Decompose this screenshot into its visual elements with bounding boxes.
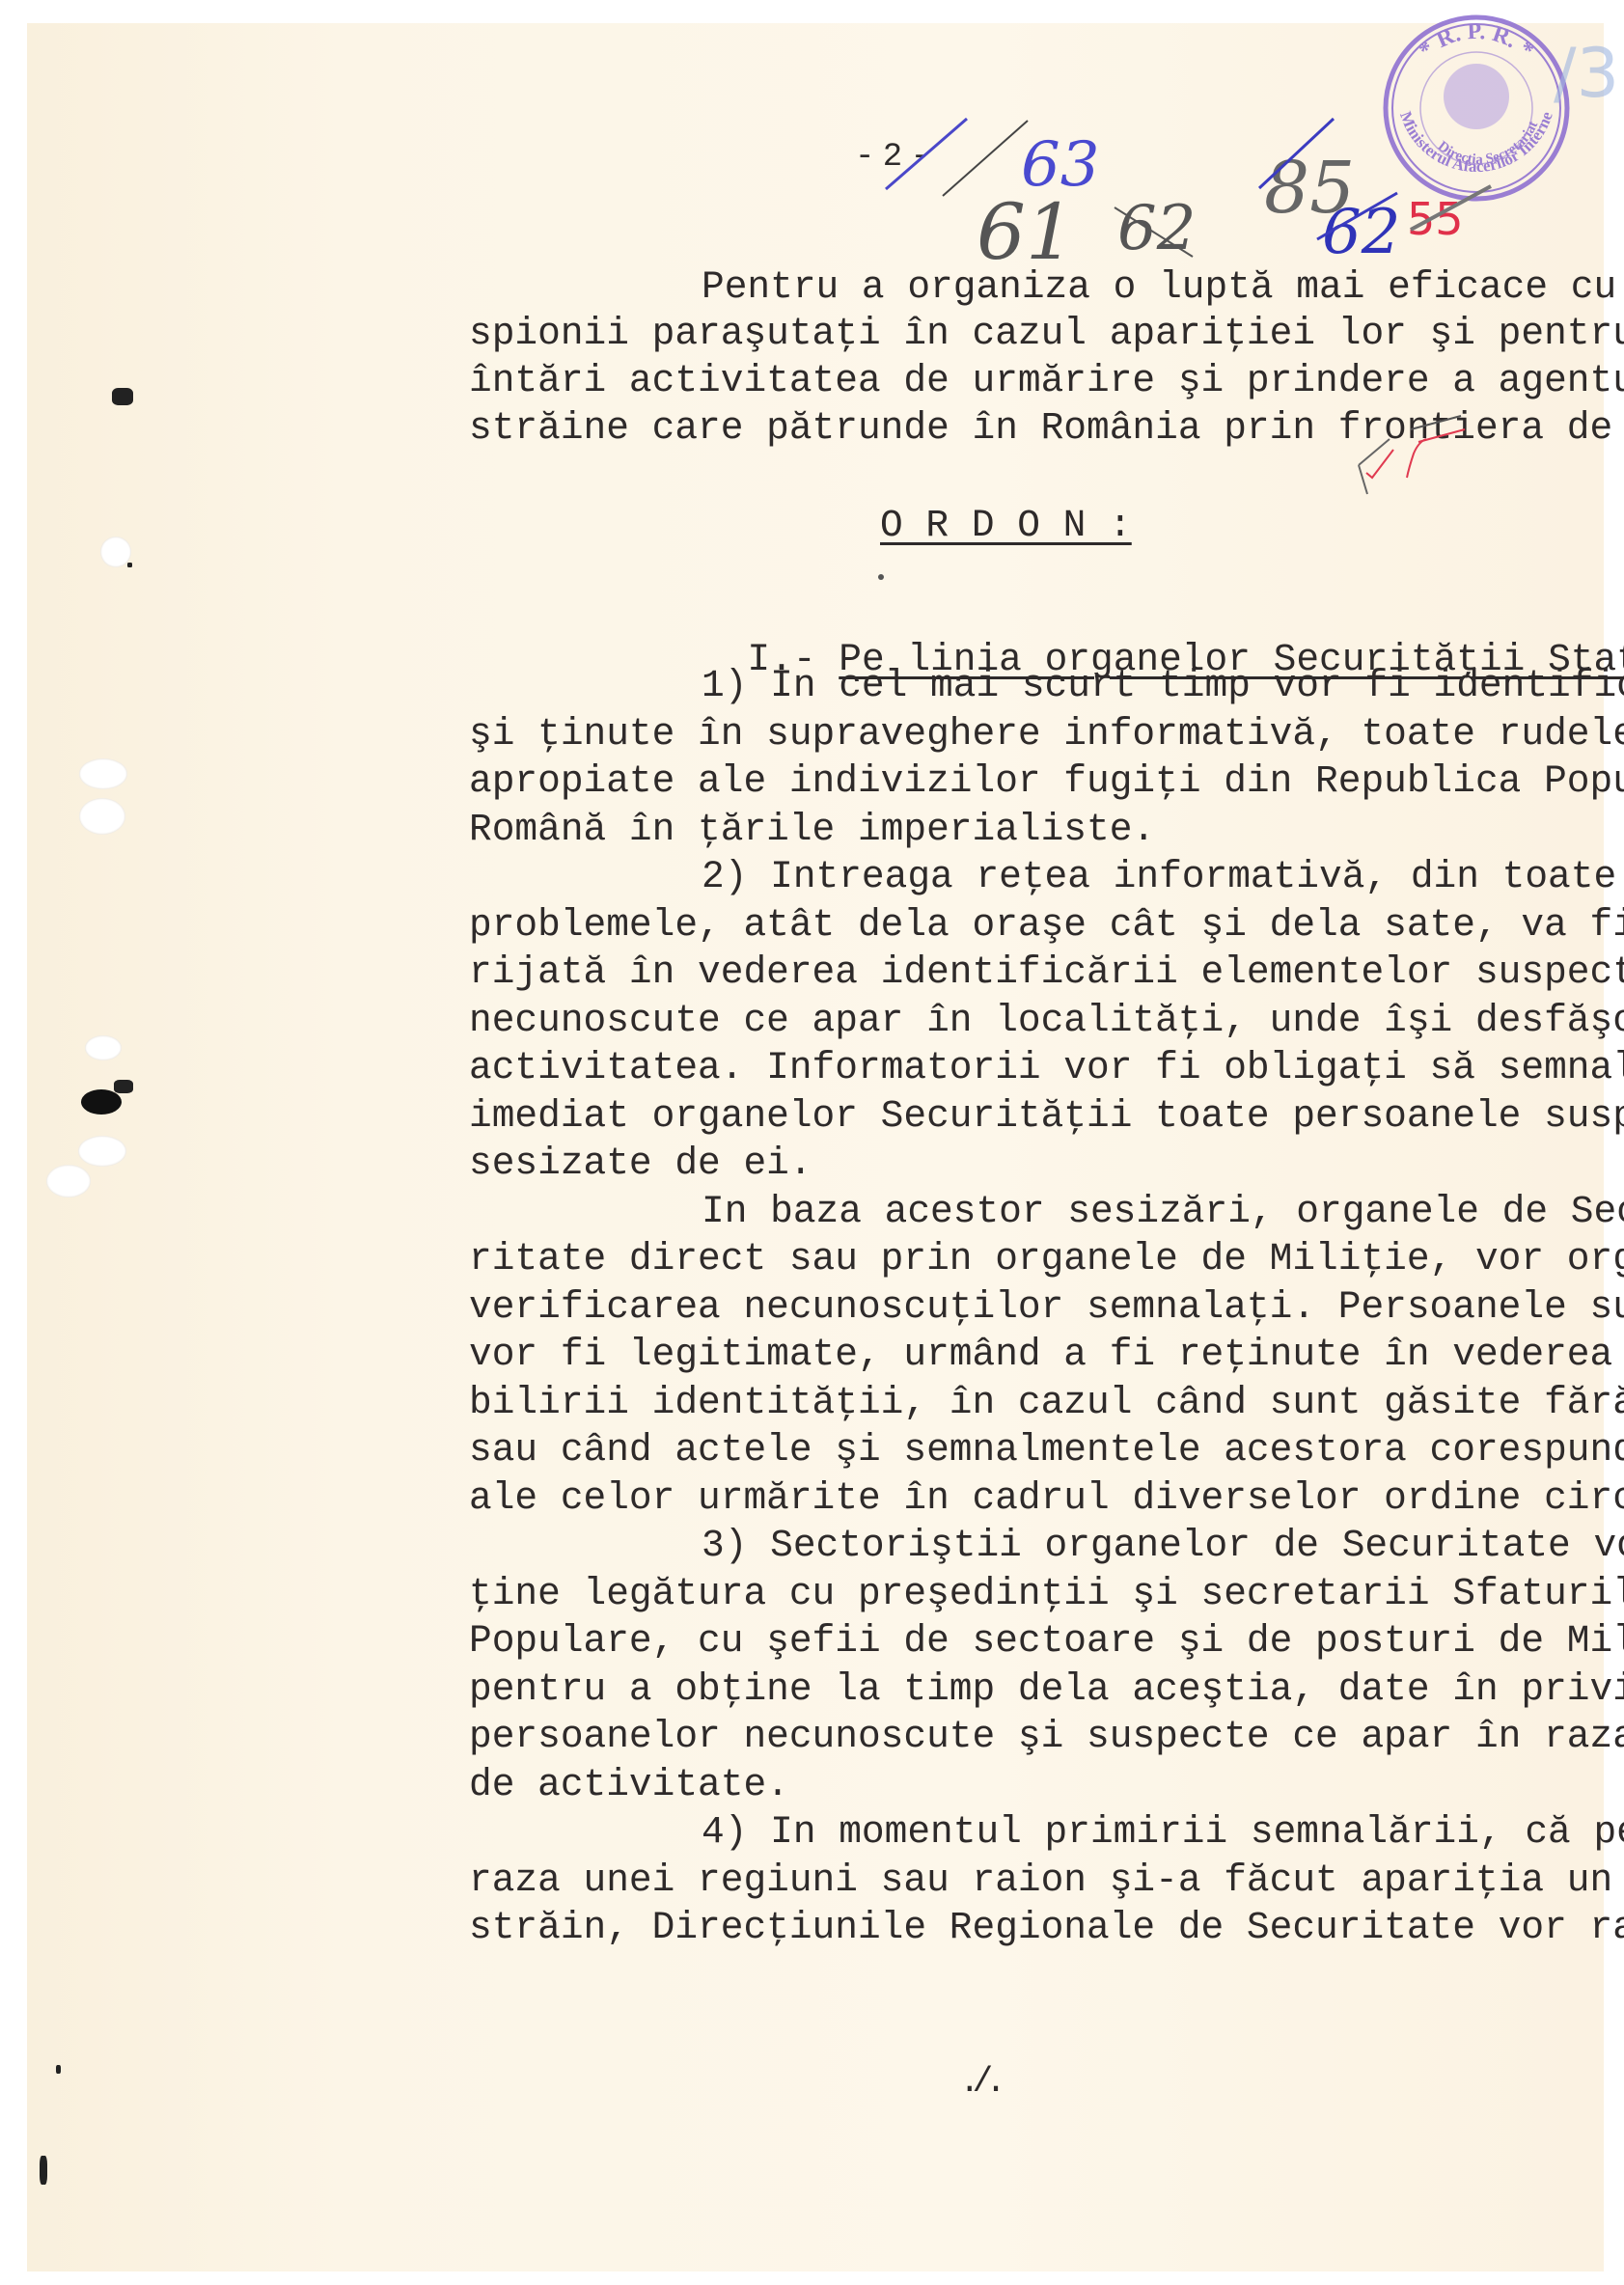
handwritten-55-red: 55 [1407, 193, 1464, 245]
annotations-overlay: * R. P. R. * Ministerul Afacerilor Inter… [0, 0, 1624, 2285]
official-stamp: * R. P. R. * Ministerul Afacerilor Inter… [1386, 17, 1567, 199]
strike-page-marker [886, 119, 967, 189]
handwritten-62-blue: 62 [1322, 197, 1400, 268]
gray-strike-arrow [943, 121, 1028, 196]
handwritten-61: 61 [977, 187, 1075, 277]
gray-caret-mark [1359, 439, 1390, 494]
handwritten-62-struck: 62 [1117, 193, 1196, 264]
coat-of-arms-icon [1444, 64, 1509, 129]
faint-edge-number: /3 [1554, 34, 1619, 113]
ink-speck [878, 574, 884, 580]
strike-de [1411, 416, 1461, 429]
red-correction-mark [1366, 439, 1426, 478]
